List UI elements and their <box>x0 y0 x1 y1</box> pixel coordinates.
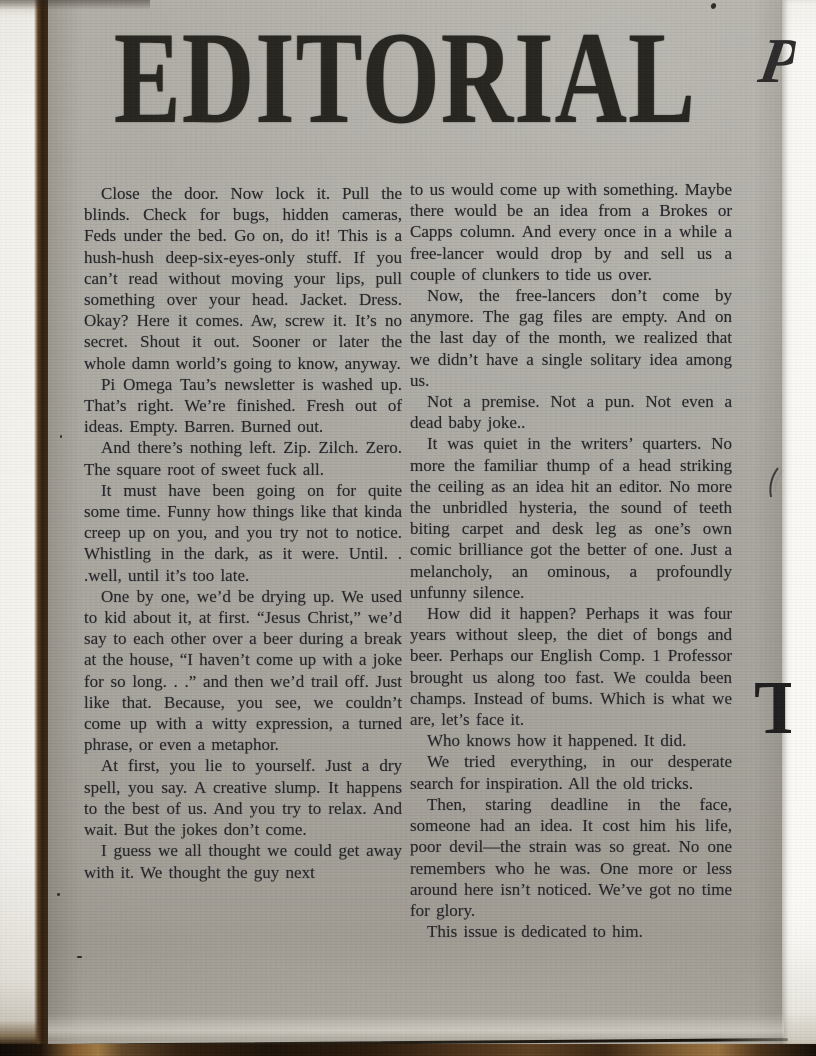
scanner-margin-left <box>0 0 38 1056</box>
paragraph: Then, staring deadline in the face, some… <box>410 794 732 921</box>
paragraph: Close the door. Now lock it. Pull the bl… <box>84 183 402 374</box>
cutoff-letter-glyph: T <box>754 676 791 738</box>
paragraph: Pi Omega Tau’s newsletter is washed up. … <box>84 374 402 438</box>
paragraph: It must have been going on for quite som… <box>84 480 402 586</box>
handwriting-mark <box>763 466 785 502</box>
wooden-table-edge <box>0 1044 816 1056</box>
top-edge-shadow <box>0 0 150 10</box>
article-column-right: to us would come up with something. Mayb… <box>410 179 732 942</box>
paragraph: How did it happen? Perhaps it was four y… <box>410 603 732 730</box>
paragraph: We tried everything, in our desperate se… <box>410 751 732 793</box>
paragraph: This issue is dedicated to him. <box>410 921 732 942</box>
paragraph: At first, you lie to yourself. Just a dr… <box>84 755 402 840</box>
paragraph: Not a premise. Not a pun. Not even a dea… <box>410 391 732 433</box>
adjacent-page-strip <box>782 0 816 1056</box>
scanned-editorial-page: EDITORIAL Close the door. Now lock it. P… <box>0 0 816 1056</box>
paragraph: And there’s nothing left. Zip. Zilch. Ze… <box>84 437 402 479</box>
article-column-left: Close the door. Now lock it. Pull the bl… <box>84 183 402 883</box>
editorial-headline: EDITORIAL <box>114 12 696 144</box>
paragraph: Now, the free-lancers don’t come by anym… <box>410 285 732 391</box>
paragraph: It was quiet in the writers’ quarters. N… <box>410 433 732 603</box>
scan-speck <box>60 435 62 438</box>
cutoff-letter-fragment: T <box>754 676 791 738</box>
scan-speck <box>77 956 82 958</box>
paragraph: I guess we all thought we could get away… <box>84 840 402 882</box>
paragraph: One by one, we’d be drying up. We used t… <box>84 586 402 756</box>
paragraph: Who knows how it happened. It did. <box>410 730 732 751</box>
scan-speck <box>57 893 60 896</box>
paragraph: to us would come up with something. Mayb… <box>410 179 732 285</box>
page-curl-highlight <box>48 1014 784 1038</box>
